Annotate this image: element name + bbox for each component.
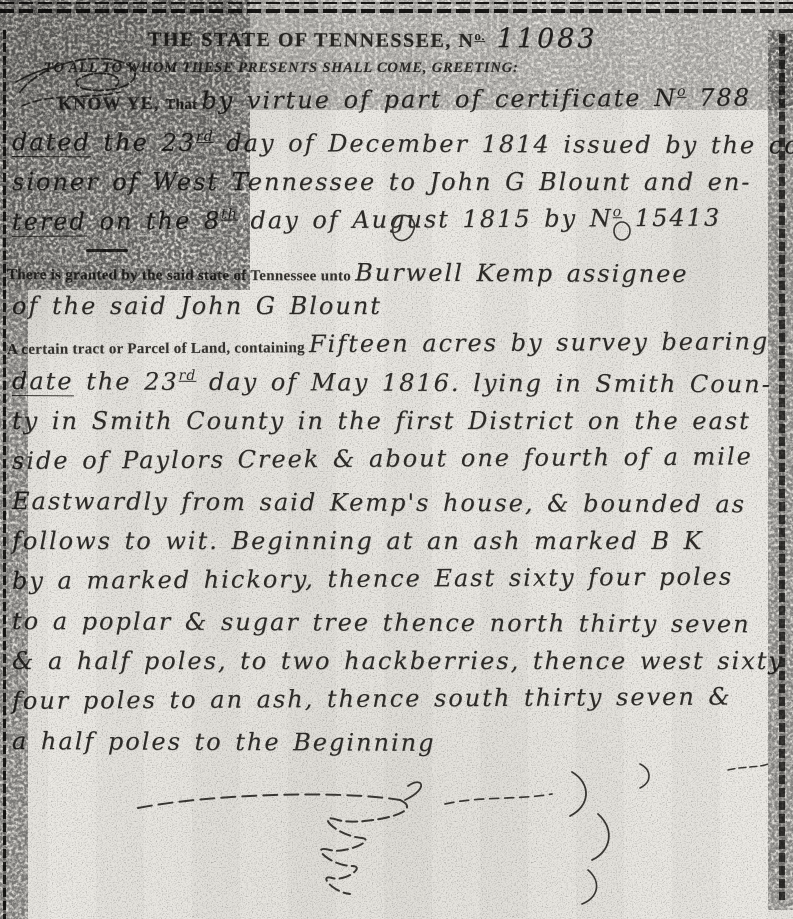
handwritten-text: Eastwardly from said Kemp's house, & bou…: [12, 487, 746, 518]
handwritten-text: of the said John G Blount: [12, 292, 382, 320]
doc-line: & a half poles, to two hackberries, then…: [0, 647, 793, 687]
handwritten-text: by a marked hickory, thence East sixty f…: [12, 563, 733, 595]
handwritten-text: Fifteen acres by survey bearing: [309, 327, 769, 358]
handwritten-text: dated: [12, 128, 91, 157]
handwritten-text: o: [677, 84, 687, 100]
doc-line: A certain tract or Parcel of Land, conta…: [0, 327, 793, 367]
handwritten-text: rd: [179, 368, 197, 384]
doc-line: to a poplar & sugar tree thence north th…: [0, 607, 793, 650]
printed-text: There is granted by the said state of Te…: [7, 267, 355, 285]
margin-dash-mark: [86, 249, 128, 252]
handwritten-text: the 23: [91, 128, 196, 156]
handwritten-text: 15413: [622, 204, 721, 233]
printed-text: TO ALL TO WHOM THESE PRESENTS SHALL COME…: [44, 60, 519, 76]
handwritten-text: tered: [12, 207, 87, 236]
printed-text: That: [165, 97, 201, 113]
doc-line: ty in Smith County in the first District…: [0, 407, 793, 447]
handwritten-text: rd: [196, 129, 214, 145]
doc-line: four poles to an ash, thence south thirt…: [0, 682, 793, 727]
bottom-spiral-flourish: [100, 752, 780, 912]
handwritten-text: follows to wit. Beginning at an ash mark…: [12, 527, 704, 555]
document-lines: THE STATE OF TENNESSEE, No. 11083TO ALL …: [0, 22, 793, 767]
handwritten-text: by virtue of part of certificate N: [201, 84, 677, 115]
handwritten-text: o: [613, 204, 623, 220]
doc-line: side of Paylors Creek & about one fourth…: [0, 442, 793, 487]
handwritten-text: side of Paylors Creek & about one fourth…: [12, 442, 753, 475]
printed-text: KNOW YE,: [58, 93, 165, 114]
doc-line: by a marked hickory, thence East sixty f…: [0, 562, 793, 607]
top-border-line-2: [0, 9, 793, 13]
doc-line: follows to wit. Beginning at an ash mark…: [0, 527, 793, 567]
scanned-land-grant-page: THE STATE OF TENNESSEE, No. 11083TO ALL …: [0, 0, 793, 919]
handwritten-text: ty in Smith County in the first District…: [12, 407, 751, 435]
doc-line: KNOW YE, That by virtue of part of certi…: [0, 83, 793, 128]
handwritten-text: sioner of West Tennessee to John G Bloun…: [12, 168, 751, 196]
doc-line: There is granted by the said state of Te…: [0, 257, 793, 295]
handwritten-text: Burwell Kemp assignee: [355, 259, 688, 288]
printed-text: o.: [474, 28, 485, 43]
doc-line: of the said John G Blount: [0, 292, 793, 332]
handwritten-text: th: [221, 207, 238, 223]
doc-line: date the 23rd day of May 1816. lying in …: [0, 367, 793, 410]
handwritten-text: day of May 1816. lying in Smith Coun-: [196, 368, 772, 399]
handwritten-text: 788: [686, 83, 751, 111]
handwritten-text: day of December 1814 issued by the commi…: [214, 129, 793, 160]
handwritten-text: & a half poles, to two hackberries, then…: [12, 647, 784, 675]
handwritten-text: day of August 1815 by N: [238, 204, 613, 234]
handwritten-text: the 23: [73, 367, 178, 395]
handwritten-text: on the 8: [87, 207, 222, 236]
printed-text: A certain tract or Parcel of Land, conta…: [7, 340, 309, 358]
printed-text: THE STATE OF TENNESSEE, N: [148, 29, 474, 52]
handwritten-text: a half poles to the Beginning: [12, 727, 436, 757]
doc-line: THE STATE OF TENNESSEE, No. 11083: [0, 22, 793, 61]
doc-line: Eastwardly from said Kemp's house, & bou…: [0, 487, 793, 530]
handwritten-text: date: [12, 367, 74, 396]
doc-line: dated the 23rd day of December 1814 issu…: [0, 128, 793, 171]
handwritten-text: four poles to an ash, thence south thirt…: [12, 683, 732, 715]
doc-line: a half poles to the Beginning: [0, 727, 793, 770]
handwritten-text: 11083: [485, 23, 598, 54]
handwritten-text: to a poplar & sugar tree thence north th…: [12, 607, 751, 638]
top-border-line-1: [0, 2, 793, 4]
doc-line: sioner of West Tennessee to John G Bloun…: [0, 168, 793, 208]
